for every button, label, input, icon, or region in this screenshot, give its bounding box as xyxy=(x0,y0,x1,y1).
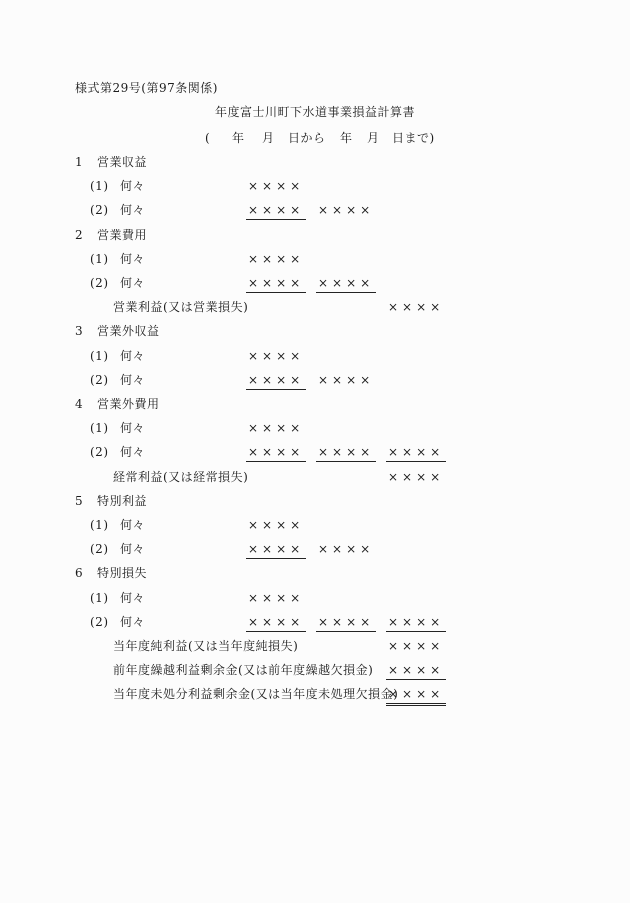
item-label: 何々 xyxy=(120,348,145,364)
section-label: 営業収益 xyxy=(97,154,147,170)
period-segment: 月 xyxy=(367,130,380,146)
amount-cell: ×××× xyxy=(246,444,306,462)
amount-cell: ×××× xyxy=(246,590,306,607)
amount-cell: ×××× xyxy=(246,614,306,632)
item-label: 何々 xyxy=(120,517,145,533)
item-label: 何々 xyxy=(120,541,145,557)
period-segment: 年 xyxy=(232,130,245,146)
item-label: 何々 xyxy=(120,444,145,460)
period-segment: 日まで) xyxy=(392,130,435,146)
amount-cell: ×××× xyxy=(246,251,306,268)
total-label: 当年度純利益(又は当年度純損失) xyxy=(113,638,298,654)
item-number: (2) xyxy=(90,202,109,218)
amount-cell: ×××× xyxy=(386,299,446,316)
total-label: 前年度繰越利益剰余金(又は前年度繰越欠損金) xyxy=(113,662,373,678)
total-label: 当年度未処分利益剰余金(又は当年度未処理欠損金) xyxy=(113,686,398,702)
amount-cell: ×××× xyxy=(386,444,446,462)
pl-statement-form: 様式第29号(第97条関係) 年度富士川町下水道事業損益計算書 (年月日から年月… xyxy=(0,0,630,903)
item-number: (1) xyxy=(90,517,109,533)
amount-cell: ×××× xyxy=(316,202,376,219)
amount-cell: ×××× xyxy=(246,275,306,293)
amount-cell: ×××× xyxy=(386,469,446,486)
amount-cell: ×××× xyxy=(316,614,376,632)
item-label: 何々 xyxy=(120,372,145,388)
amount-cell: ×××× xyxy=(386,638,446,655)
item-number: (2) xyxy=(90,444,109,460)
amount-cell: ×××× xyxy=(246,178,306,195)
item-label: 何々 xyxy=(120,275,145,291)
section-label: 営業外収益 xyxy=(97,323,160,339)
amount-cell: ×××× xyxy=(246,372,306,390)
item-label: 何々 xyxy=(120,202,145,218)
item-number: (1) xyxy=(90,348,109,364)
amount-cell: ×××× xyxy=(246,420,306,437)
item-number: (1) xyxy=(90,420,109,436)
item-label: 何々 xyxy=(120,614,145,630)
item-label: 何々 xyxy=(120,251,145,267)
amount-cell: ×××× xyxy=(246,348,306,365)
document-title: 年度富士川町下水道事業損益計算書 xyxy=(0,104,630,120)
amount-cell: ×××× xyxy=(246,517,306,534)
total-label: 営業利益(又は営業損失) xyxy=(113,299,248,315)
amount-cell: ×××× xyxy=(386,662,446,680)
section-number: 2 xyxy=(75,227,83,243)
section-label: 営業費用 xyxy=(97,227,147,243)
item-number: (2) xyxy=(90,275,109,291)
section-number: 6 xyxy=(75,565,83,581)
item-label: 何々 xyxy=(120,178,145,194)
amount-cell: ×××× xyxy=(316,541,376,558)
amount-cell: ×××× xyxy=(246,202,306,220)
amount-cell: ×××× xyxy=(316,372,376,389)
section-label: 特別利益 xyxy=(97,493,147,509)
amount-cell: ×××× xyxy=(316,444,376,462)
section-label: 営業外費用 xyxy=(97,396,160,412)
period-segment: 年 xyxy=(340,130,353,146)
section-number: 3 xyxy=(75,323,83,339)
item-number: (1) xyxy=(90,178,109,194)
period-segment: 月 xyxy=(262,130,275,146)
item-number: (1) xyxy=(90,590,109,606)
form-number: 様式第29号(第97条関係) xyxy=(75,80,218,96)
section-number: 4 xyxy=(75,396,83,412)
amount-cell: ×××× xyxy=(386,614,446,632)
item-number: (2) xyxy=(90,541,109,557)
item-label: 何々 xyxy=(120,420,145,436)
total-label: 経常利益(又は経常損失) xyxy=(113,469,248,485)
item-number: (1) xyxy=(90,251,109,267)
item-number: (2) xyxy=(90,614,109,630)
period-segment: 日から xyxy=(288,130,326,146)
period-segment: ( xyxy=(205,130,210,146)
item-number: (2) xyxy=(90,372,109,388)
item-label: 何々 xyxy=(120,590,145,606)
section-label: 特別損失 xyxy=(97,565,147,581)
section-number: 1 xyxy=(75,154,83,170)
amount-cell: ×××× xyxy=(246,541,306,559)
amount-cell: ×××× xyxy=(316,275,376,293)
section-number: 5 xyxy=(75,493,83,509)
amount-cell: ×××× xyxy=(386,686,446,706)
